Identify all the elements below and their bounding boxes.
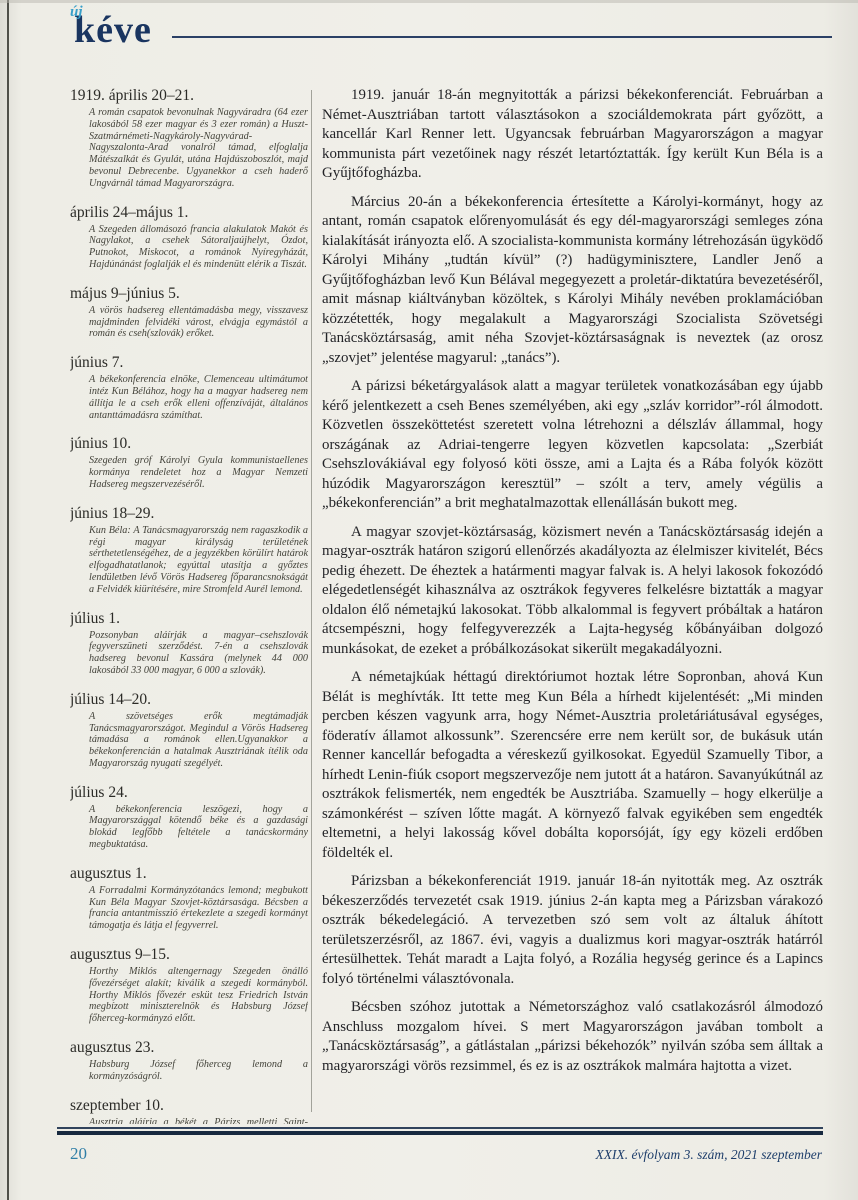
timeline-entry: június 7. A békekonferencia elnöke, Clem…	[70, 353, 308, 421]
timeline-entry-text: A békekonferencia elnöke, Clemenceau ult…	[89, 374, 308, 421]
page-number: 20	[70, 1144, 87, 1164]
timeline-entry-date: augusztus 9–15.	[70, 945, 308, 964]
timeline-entry-text: A Szegeden állomásozó francia alakulatok…	[89, 224, 308, 271]
timeline-entry-date: szeptember 10.	[70, 1096, 308, 1115]
issue-info: XXIX. évfolyam 3. szám, 2021 szeptember	[596, 1147, 822, 1163]
article-paragraph: Március 20-án a békekonferencia értesíte…	[322, 193, 823, 369]
header-rule	[172, 36, 832, 38]
article-paragraph: A magyar szovjet-köztársaság, közismert …	[322, 523, 823, 660]
timeline-entry: 1919. április 20–21. A román csapatok be…	[70, 86, 308, 190]
article-paragraph: Bécsben szóhoz jutottak a Németországhoz…	[322, 998, 823, 1076]
timeline-entry: augusztus 9–15. Horthy Miklós altengerna…	[70, 945, 308, 1025]
timeline-entry-text: A Forradalmi Kormányzótanács lemond; meg…	[89, 885, 308, 932]
timeline-entry-date: 1919. április 20–21.	[70, 86, 308, 105]
footer-rule-thick	[57, 1131, 823, 1135]
timeline-entry-date: augusztus 23.	[70, 1038, 308, 1057]
article-paragraph: 1919. január 18-án megnyitották a párizs…	[322, 86, 823, 184]
timeline-entry-date: június 7.	[70, 353, 308, 372]
timeline-entry: szeptember 10. Ausztria aláírja a békét …	[70, 1096, 308, 1124]
timeline-entry: augusztus 23. Habsburg József főherceg l…	[70, 1038, 308, 1083]
logo-word-uj: új	[70, 4, 83, 21]
timeline-entry-text: Kun Béla: A Tanácsmagyarország nem ragas…	[89, 525, 308, 596]
article-paragraph: A németajkúak héttagú direktóriumot hozt…	[322, 668, 823, 863]
timeline-entry-text: A békekonferencia leszögezi, hogy a Magy…	[89, 804, 308, 851]
timeline-entry-date: július 1.	[70, 609, 308, 628]
timeline-entry: augusztus 1. A Forradalmi Kormányzótanác…	[70, 864, 308, 932]
timeline-entry: június 18–29. Kun Béla: A Tanácsmagyaror…	[70, 504, 308, 596]
logo-word-keve: kéve	[74, 9, 152, 51]
timeline-entry: július 14–20. A szövetséges erők megtáma…	[70, 690, 308, 770]
article-paragraph: A párizsi béketárgyalások alatt a magyar…	[322, 377, 823, 514]
timeline-entry-date: május 9–június 5.	[70, 284, 308, 303]
timeline-sidebar: 1919. április 20–21. A román csapatok be…	[70, 86, 308, 1124]
timeline-entry-date: július 14–20.	[70, 690, 308, 709]
timeline-entry: július 24. A békekonferencia leszögezi, …	[70, 783, 308, 851]
timeline-entry: június 10. Szegeden gróf Károlyi Gyula k…	[70, 434, 308, 490]
timeline-entry-date: június 10.	[70, 434, 308, 453]
article-body: 1919. január 18-án megnyitották a párizs…	[322, 86, 823, 1085]
timeline-entry-date: augusztus 1.	[70, 864, 308, 883]
timeline-entry-text: Habsburg József főherceg lemond a kormán…	[89, 1059, 308, 1083]
column-divider	[311, 90, 312, 1112]
timeline-entry: április 24–május 1. A Szegeden állomásoz…	[70, 203, 308, 271]
timeline-entry-date: április 24–május 1.	[70, 203, 308, 222]
timeline-entry: július 1. Pozsonyban aláírják a magyar–c…	[70, 609, 308, 677]
page-content: 1919. április 20–21. A román csapatok be…	[0, 86, 858, 1126]
timeline-entry-text: A román csapatok bevonulnak Nagyváradra …	[89, 107, 308, 190]
timeline-entry-text: A szövetséges erők megtámadják Tanácsmag…	[89, 711, 308, 770]
scanned-journal-page: { "logo": { "top_word": "új", "main_word…	[0, 0, 858, 1200]
timeline-entry-text: Horthy Miklós altengernagy Szegeden önál…	[89, 966, 308, 1025]
timeline-entry-text: Pozsonyban aláírják a magyar–csehszlovák…	[89, 630, 308, 677]
timeline-entry-text: Ausztria aláírja a békét a Párizs mellet…	[89, 1117, 308, 1124]
journal-logo: új kéve	[74, 2, 152, 58]
timeline-entry-text: A vörös hadsereg ellentámadásba megy, vi…	[89, 305, 308, 340]
timeline-entry-text: Szegeden gróf Károlyi Gyula kommunistael…	[89, 455, 308, 490]
timeline-entry-date: július 24.	[70, 783, 308, 802]
article-paragraph: Párizsban a békekonferenciát 1919. januá…	[322, 872, 823, 989]
timeline-entry-date: június 18–29.	[70, 504, 308, 523]
footer-rule-thin	[57, 1127, 823, 1129]
timeline-entry: május 9–június 5. A vörös hadsereg ellen…	[70, 284, 308, 340]
